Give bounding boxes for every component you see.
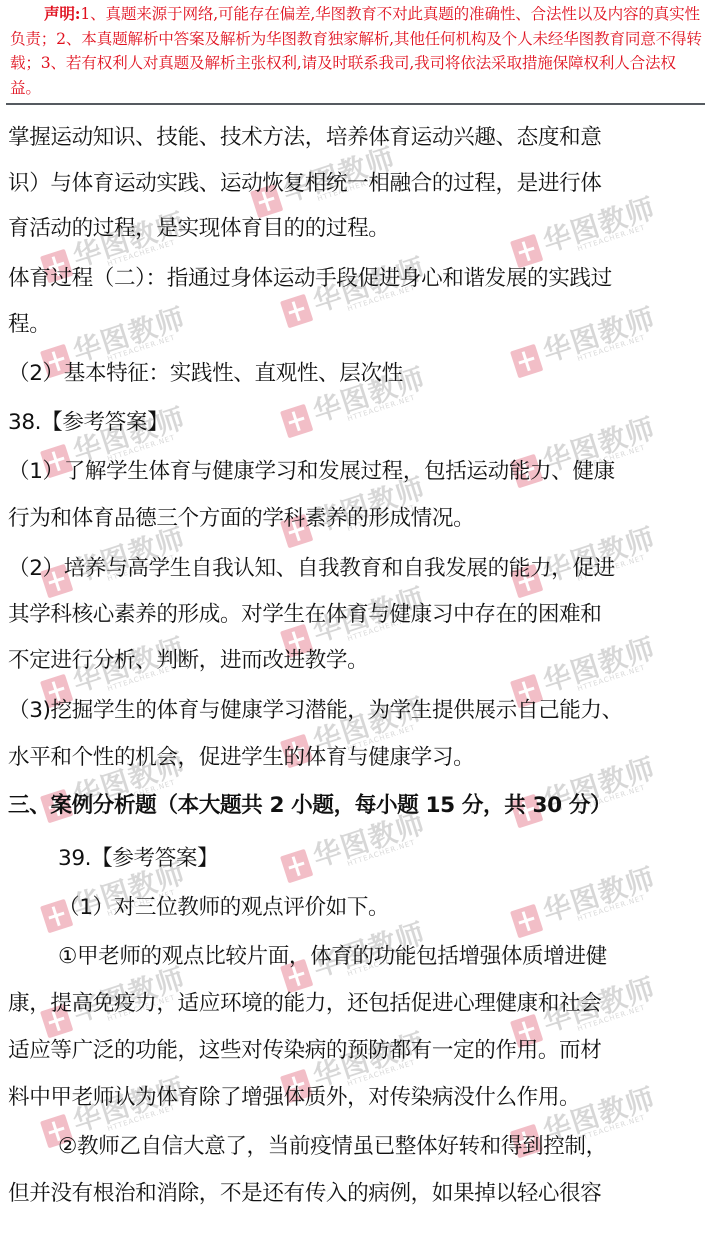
watermark-logo-icon <box>510 904 543 939</box>
text-line: 不定进行分析、判断，进而改进教学。 <box>8 643 368 674</box>
watermark: 华图教师HTTEACHER.NET <box>504 848 665 951</box>
watermark-url: HTTEACHER.NET <box>576 333 646 363</box>
text-line: 康，提高免疫力，适应环境的能力，还包括促进心理健康和社会 <box>8 986 601 1017</box>
watermark: 华图教师HTTEACHER.NET <box>504 398 665 501</box>
text-line: ②教师乙自信大意了，当前疫情虽已整体好转和得到控制， <box>58 1129 607 1160</box>
watermark-logo-icon <box>280 294 313 329</box>
text-line: 料中甲老师认为体育除了增强体质外，对传染病没什么作用。 <box>8 1080 580 1111</box>
watermark-url: HTTEACHER.NET <box>346 393 416 423</box>
section-heading: 三、案例分析题（本大题共 2 小题，每小题 15 分，共 30 分） <box>8 788 611 819</box>
text-line: 但并没有根治和消除，不是还有传入的病例，如果掉以轻心很容 <box>8 1176 601 1207</box>
text-line: 识）与体育运动实践、运动恢复相统一相融合的过程，是进行体 <box>8 166 601 197</box>
text-line: 水平和个性的机会，促进学生的体育与健康学习。 <box>8 740 474 771</box>
text-line: 体育过程（二）：指通过身体运动手段促进身心和谐发展的实践过 <box>8 261 612 292</box>
text-line: 适应等广泛的功能，这些对传染病的预防都有一定的作用。而材 <box>8 1033 601 1064</box>
text-line: （1）对三位教师的观点评价如下。 <box>58 890 389 921</box>
text-line: 38.【参考答案】 <box>8 405 168 436</box>
text-line: 行为和体育品德三个方面的学科素养的形成情况。 <box>8 501 474 532</box>
disclaimer-text: 1、真题来源于网络,可能存在偏差,华图教育不对此真题的准确性、合法性以及内容的真… <box>10 5 702 97</box>
watermark-brand: 华图教师 <box>537 297 660 371</box>
text-line: 其学科核心素养的形成。对学生在体育与健康习中存在的困难和 <box>8 597 601 628</box>
watermark-url: HTTEACHER.NET <box>576 893 646 923</box>
text-line: （2）基本特征：实践性、直观性、层次性 <box>8 356 403 387</box>
watermark-logo-icon <box>280 404 313 439</box>
watermark-brand: 华图教师 <box>537 187 660 261</box>
header-divider <box>6 103 705 105</box>
disclaimer-lead: 声明: <box>44 4 80 23</box>
watermark-url: HTTEACHER.NET <box>576 223 646 253</box>
text-line: （3)挖掘学生的体育与健康学习潜能，为学生提供展示自己能力、 <box>8 693 623 724</box>
disclaimer-notice: 声明:1、真题来源于网络,可能存在偏差,华图教育不对此真题的准确性、合法性以及内… <box>10 2 702 100</box>
text-line: ①甲老师的观点比较片面，体育的功能包括增强体质增进健 <box>58 939 607 970</box>
text-line: 育活动的过程，是实现体育目的的过程。 <box>8 211 390 242</box>
watermark-brand: 华图教师 <box>537 857 660 931</box>
watermark-logo-icon <box>280 849 313 884</box>
watermark-brand: 华图教师 <box>537 627 660 701</box>
watermark: 华图教师HTTEACHER.NET <box>504 288 665 391</box>
text-line: 掌握运动知识、技能、技术方法，培养体育运动兴趣、态度和意 <box>8 120 601 151</box>
text-line: 39.【参考答案】 <box>58 841 218 872</box>
watermark-url: HTTEACHER.NET <box>346 838 416 868</box>
text-line: 程。 <box>8 307 50 338</box>
watermark-url: HTTEACHER.NET <box>576 663 646 693</box>
watermark-logo-icon <box>510 344 543 379</box>
text-line: （1）了解学生体育与健康学习和发展过程，包括运动能力、健康 <box>8 454 615 485</box>
text-line: （2）培养与高学生自我认知、自我教育和自我发展的能力，促进 <box>8 551 615 582</box>
